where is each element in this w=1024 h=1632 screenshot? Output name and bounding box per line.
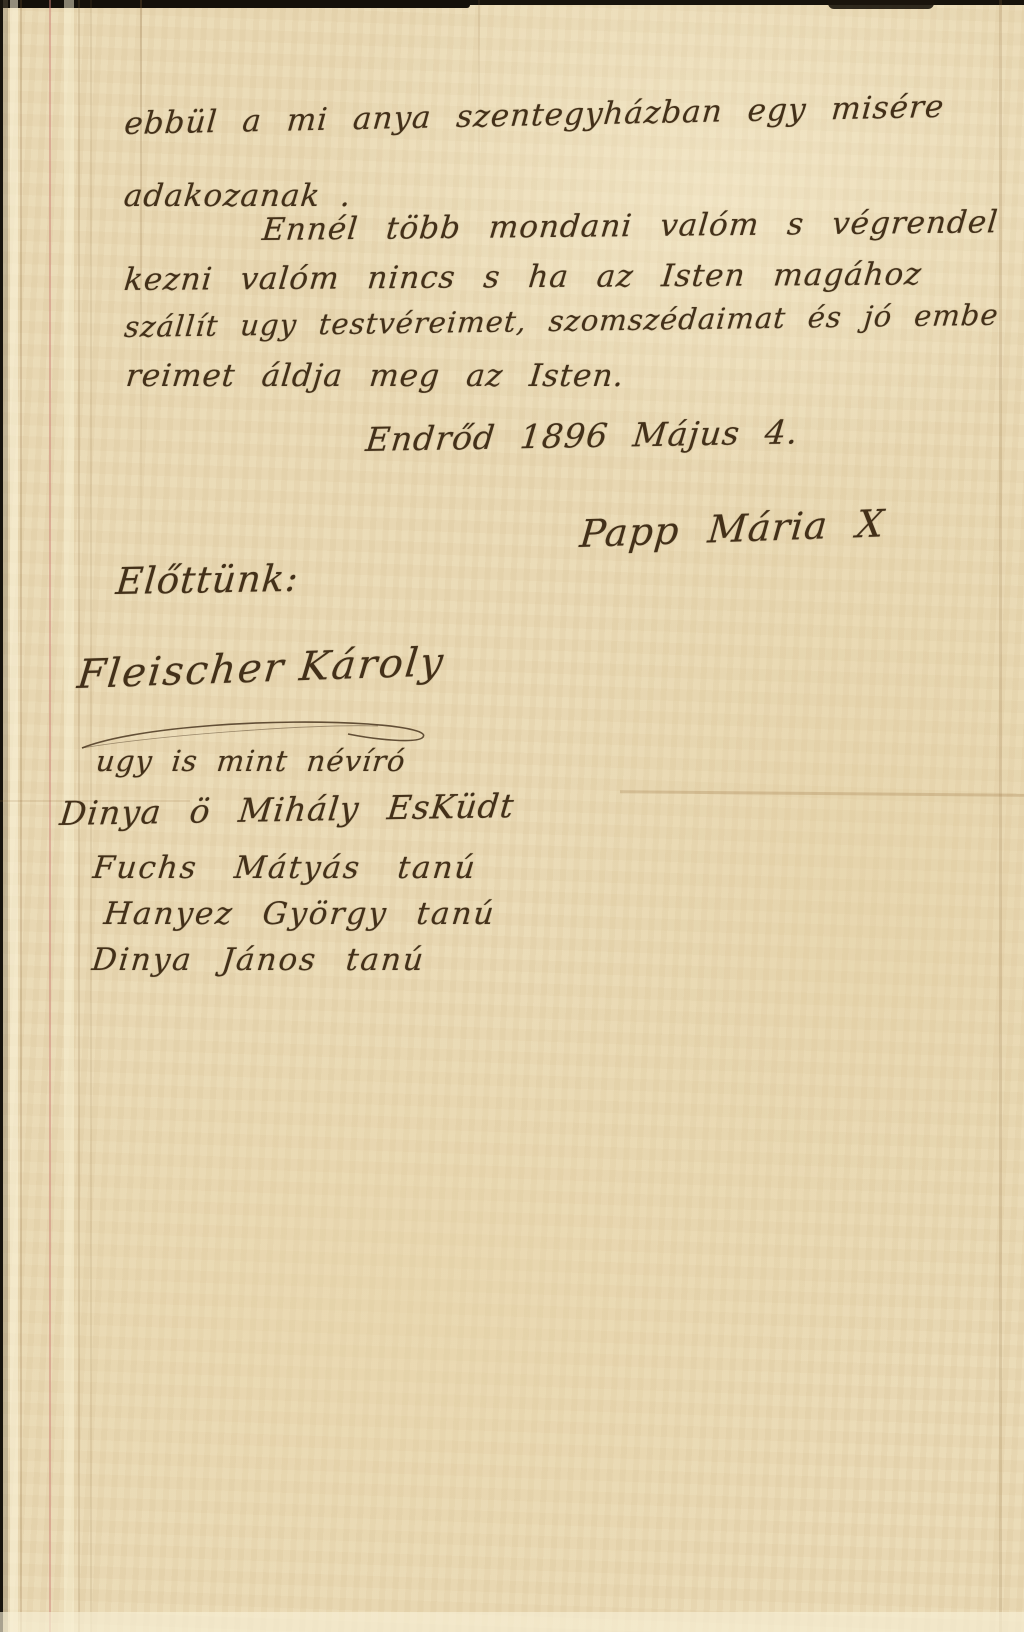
scanner-smudge-top-right [828,0,934,9]
letter-line: kezni valóm nincs s ha az Isten magához [122,256,923,298]
letter-line: adakozanak . [122,178,353,214]
witness-signature: Dinya János tanú [90,942,427,978]
letter-line: szállít ugy testvéreimet, szomszédaimat … [123,298,1000,344]
letter-line: Ennél több mondani valóm s végrendel [261,204,1000,248]
paper-fold-crease-right [999,0,1002,1632]
witness-signature: Fleischer Károly [75,639,447,698]
paper-edge-highlight [10,0,18,1632]
witness-heading: Előttünk: [114,557,300,603]
letter-dateline: Endrőd 1896 Május 4. [364,412,801,459]
testator-signature: Papp Mária X [578,501,886,556]
paper-edge-shadow-left [3,0,8,1632]
scanned-document-page: ebbül a mi anya szentegyházban egy misér… [0,0,1024,1632]
horizontal-fold-crease [620,790,1024,797]
witness-signature-note: ugy is mint névíró [94,744,407,778]
letter-line: reimet áldja meg az Isten. [124,358,626,394]
witness-signature: Fuchs Mátyás tanú [91,850,478,886]
paper-fold-crease [20,0,22,1632]
witness-signature: Dinya ö Mihály EsKüdt [58,786,516,833]
ruled-margin-line [49,0,51,1632]
letter-line: ebbül a mi anya szentegyházban egy misér… [123,89,946,142]
witness-signature: Hanyez György tanú [102,896,497,932]
paper-edge-bottom [0,1612,1024,1632]
